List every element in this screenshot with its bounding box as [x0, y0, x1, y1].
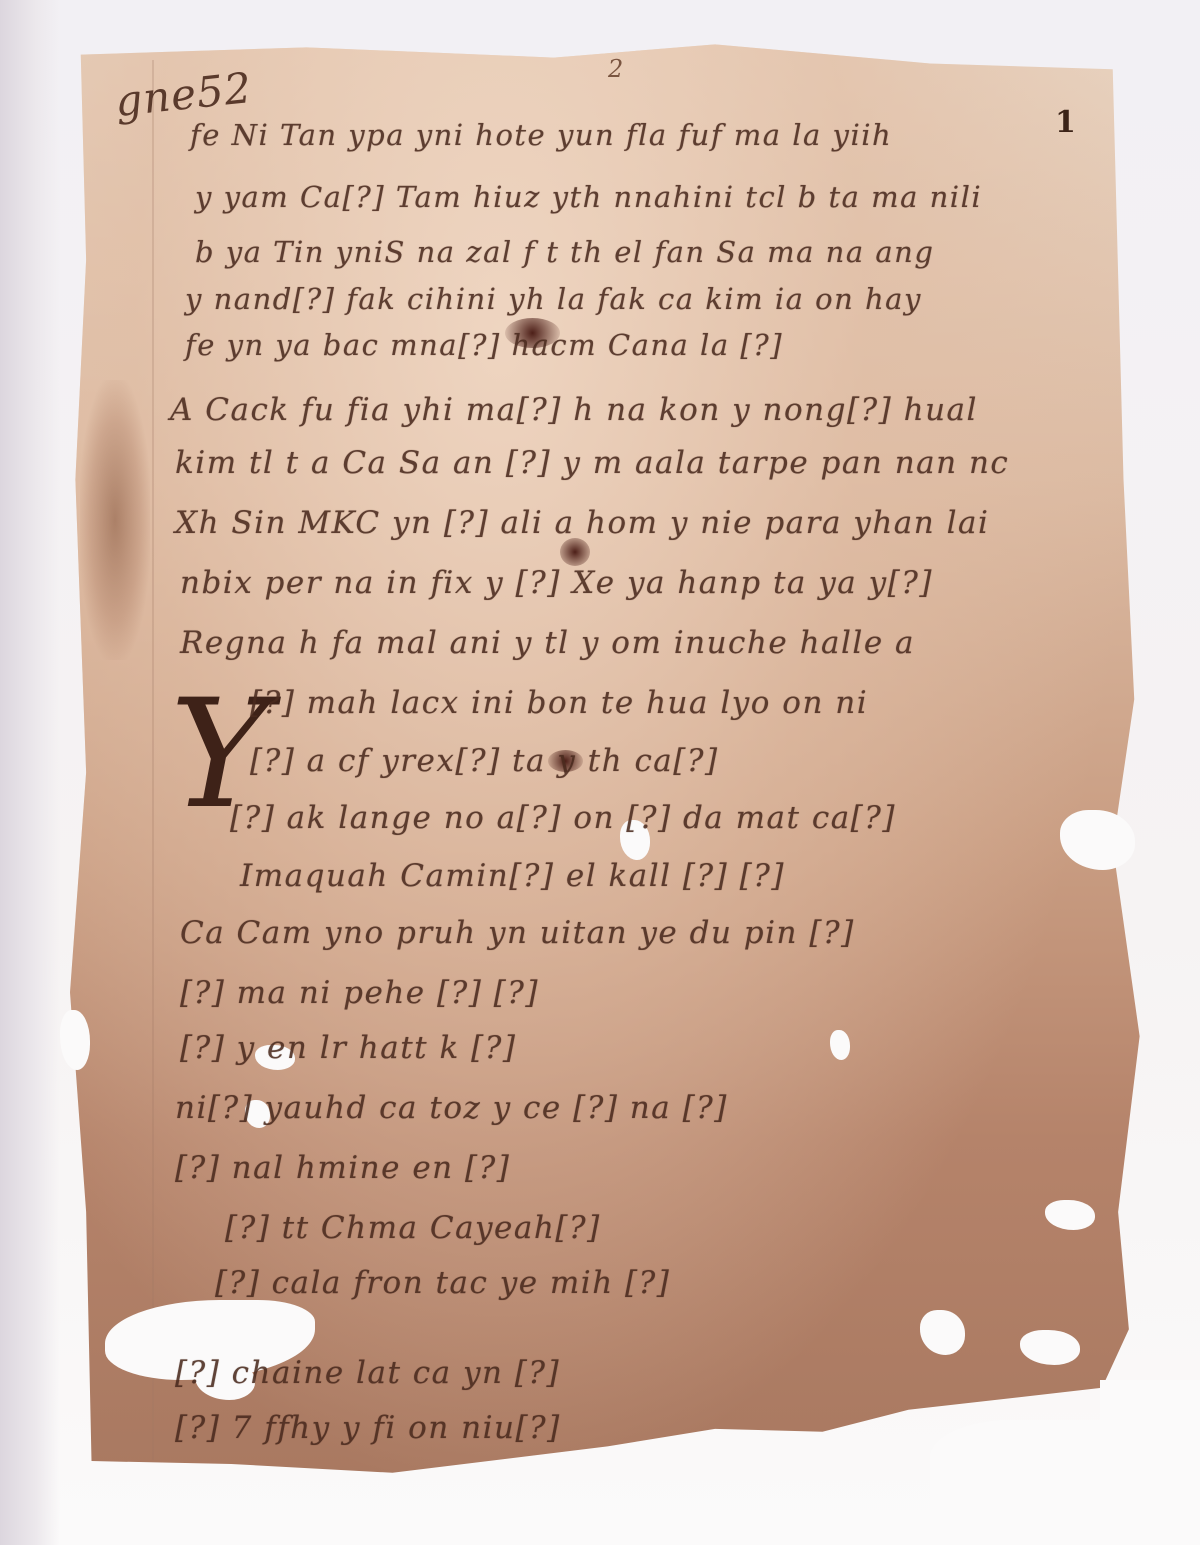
photo-background-shadow	[0, 0, 60, 1545]
manuscript-line: y yam Ca[?] Tam hiuz yth nnahini tcl b t…	[195, 180, 982, 214]
manuscript-line: b ya Tin yniS na zal f t th el fan Sa ma…	[195, 235, 934, 269]
manuscript-line: Xh Sin MKC yn [?] ali a hom y nie para y…	[175, 505, 989, 541]
page-hole	[60, 1010, 90, 1070]
manuscript-line: [?] y en lr hatt k [?]	[180, 1030, 516, 1066]
manuscript-line: y nand[?] fak cihini yh la fak ca kim ia…	[185, 282, 922, 316]
page-hole	[930, 1420, 1200, 1545]
manuscript-line: Regna h fa mal ani y tl y om inuche hall…	[180, 625, 915, 661]
corner-mark: 1	[1055, 105, 1076, 140]
manuscript-line: Ca Cam yno pruh yn uitan ye du pin [?]	[180, 915, 855, 951]
manuscript-line: [?] chaine lat ca yn [?]	[175, 1355, 560, 1391]
manuscript-line: [?] ak lange no a[?] on [?] da mat ca[?]	[230, 800, 896, 836]
manuscript-line: Imaquah Camin[?] el kall [?] [?]	[240, 858, 785, 894]
manuscript-line: [?] ma ni pehe [?] [?]	[180, 975, 539, 1011]
manuscript-line: nbix per na in fix y [?] Xe ya hanp ta y…	[180, 565, 933, 601]
page-hole	[830, 1030, 850, 1060]
ink-blot	[560, 538, 590, 566]
margin-ruling	[152, 60, 154, 1460]
manuscript-line: fe yn ya bac mna[?] hacm Cana la [?]	[185, 328, 783, 362]
manuscript-line: [?] tt Chma Cayeah[?]	[225, 1210, 601, 1246]
manuscript-line: fe Ni Tan ypa yni hote yun fla fuf ma la…	[190, 118, 892, 152]
manuscript-line: A Cack fu fia yhi ma[?] h na kon y nong[…	[170, 392, 978, 428]
manuscript-line: [?] 7 ffhy y fi on niu[?]	[175, 1410, 561, 1446]
manuscript-line: kim tl t a Ca Sa an [?] y m aala tarpe p…	[175, 445, 1009, 481]
manuscript-line: ni[?] yauhd ca toz y ce [?] na [?]	[175, 1090, 728, 1126]
manuscript-line: [?] mah lacx ini bon te hua lyo on ni	[250, 685, 868, 721]
manuscript-line: [?] nal hmine en [?]	[175, 1150, 510, 1186]
water-stain	[80, 380, 150, 660]
top-mark: 2	[608, 55, 623, 83]
manuscript-line: [?] a cf yrex[?] ta y th ca[?]	[250, 743, 719, 779]
manuscript-line: [?] cala fron tac ye mih [?]	[215, 1265, 670, 1301]
